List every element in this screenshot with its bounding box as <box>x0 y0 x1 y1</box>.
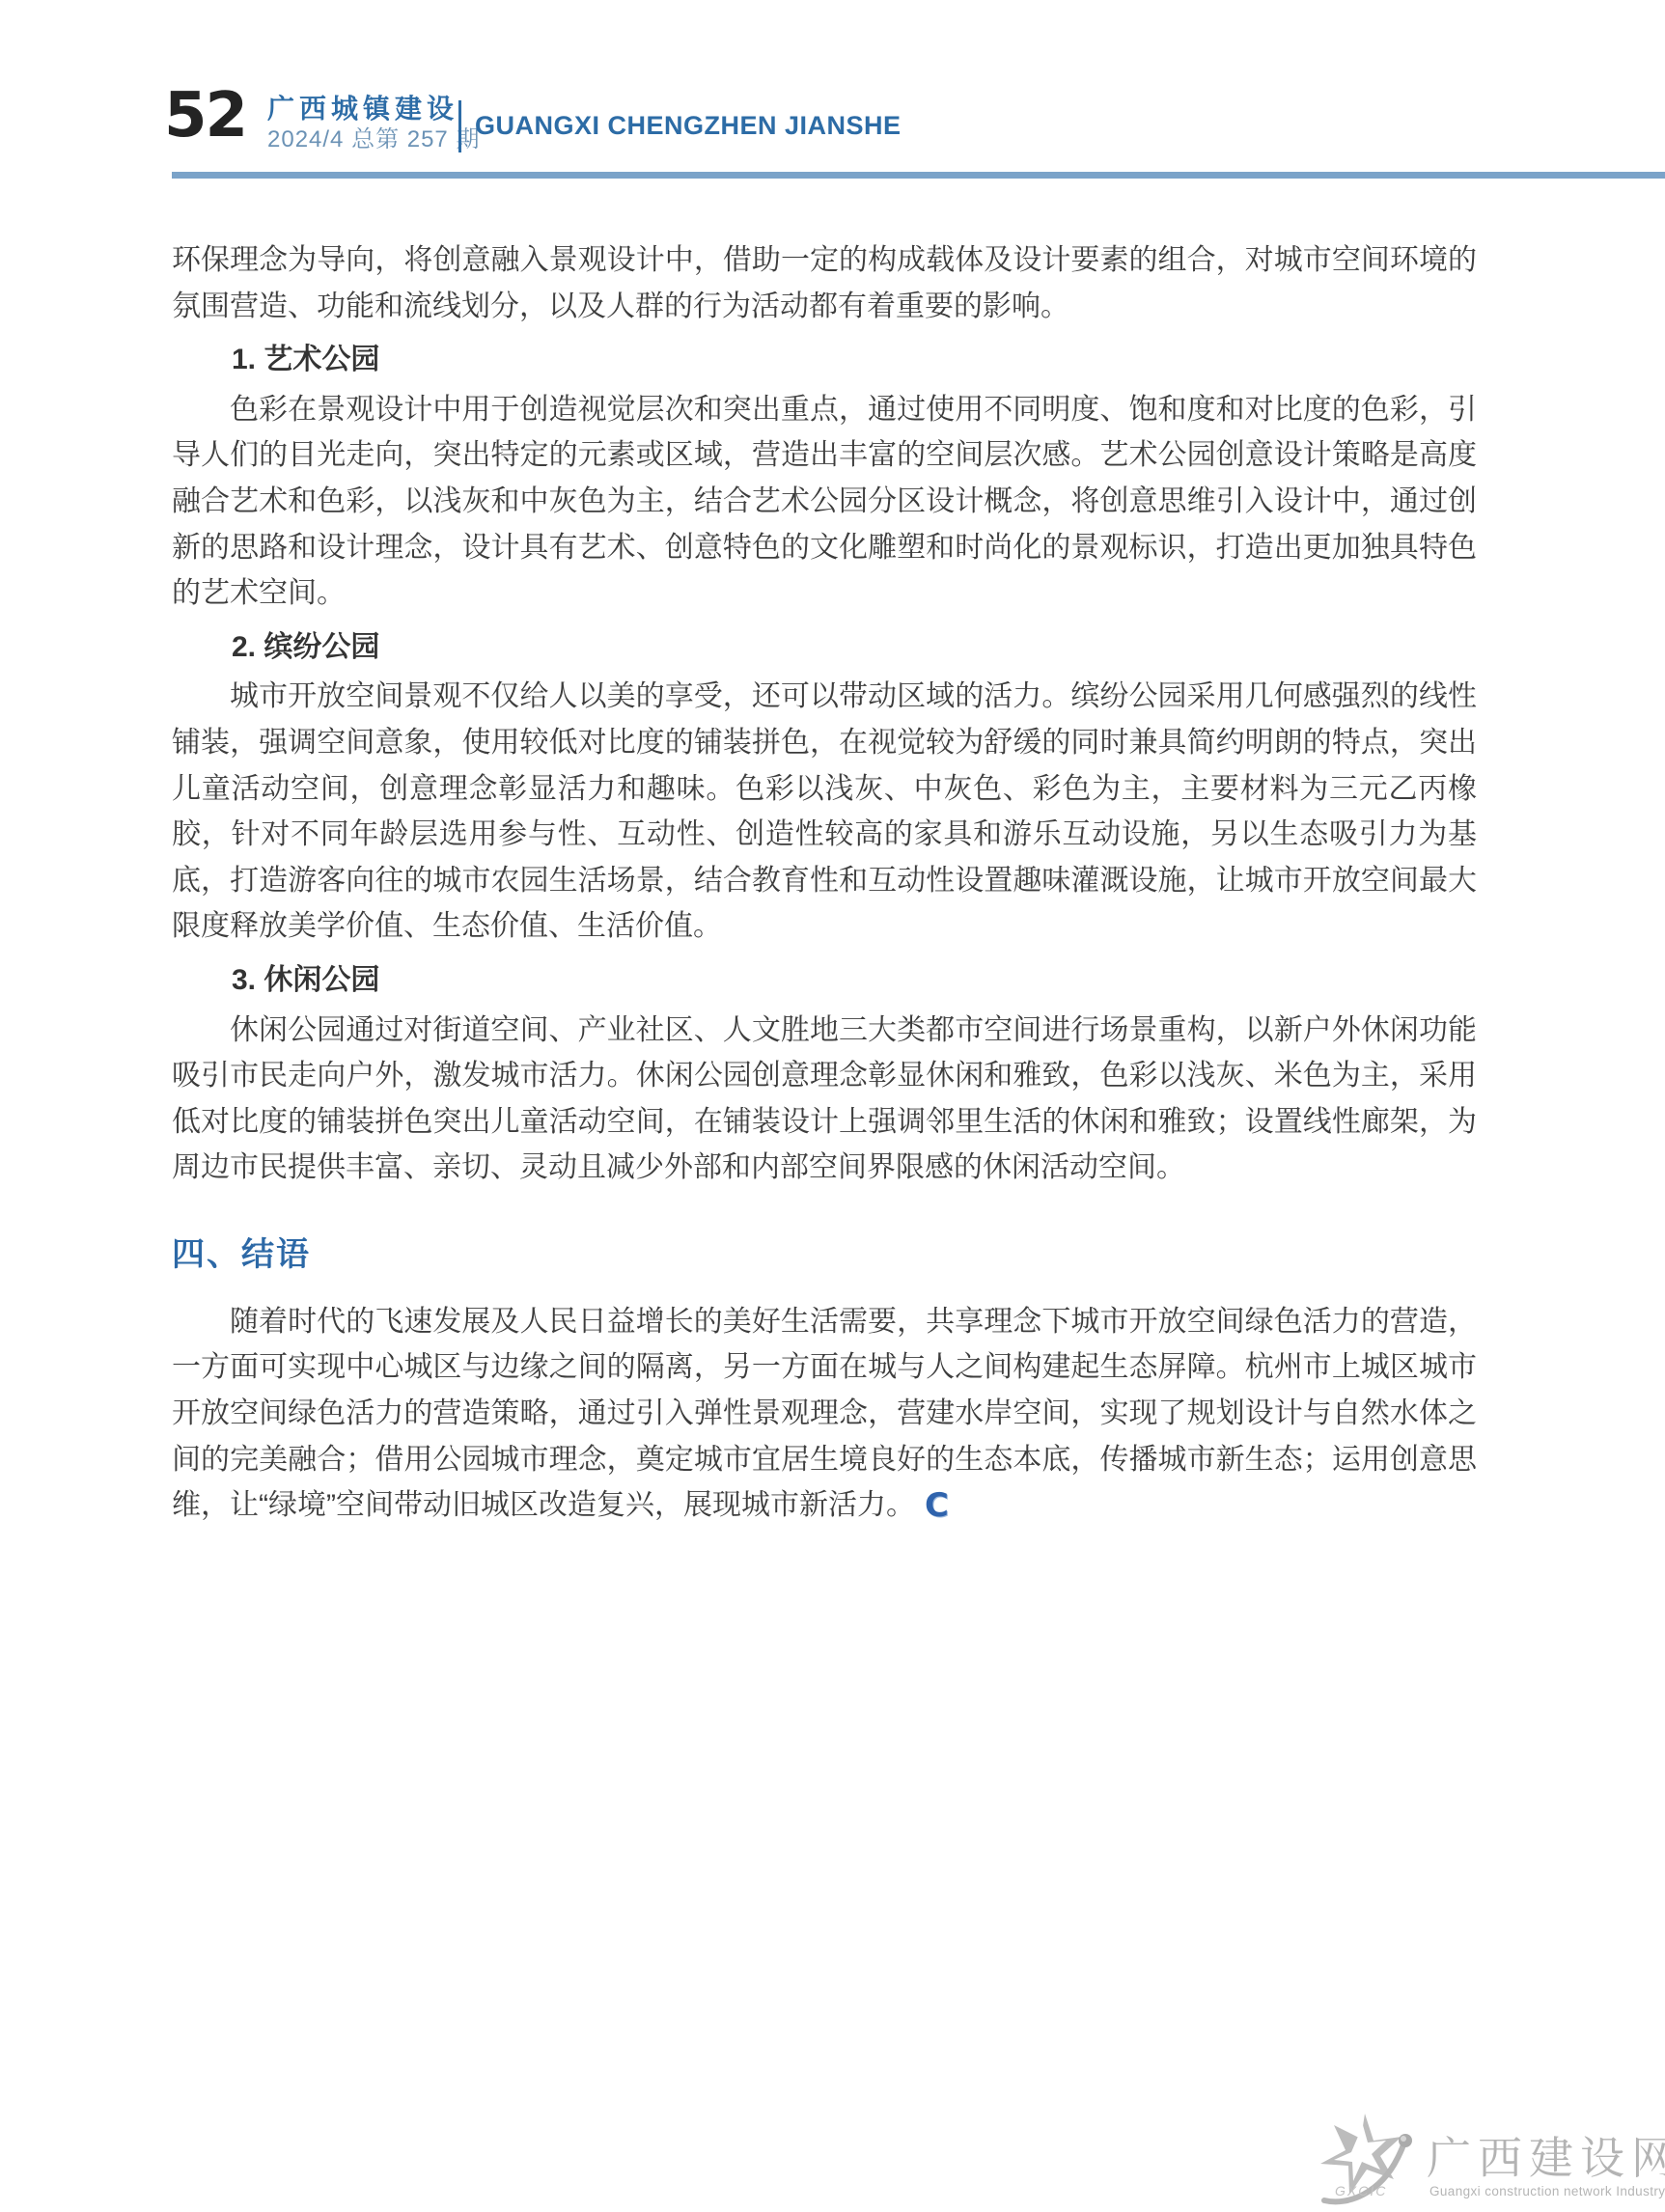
article-end-icon: C <box>925 1491 949 1520</box>
paragraph: 休闲公园通过对街道空间、产业社区、人文胜地三大类都市空间进行场景重构，以新户外休… <box>172 1008 1477 1191</box>
section-heading-conclusion: 四、结语 <box>172 1235 1477 1274</box>
journal-title-en: GUANGXI CHENGZHEN JIANSHE <box>475 110 902 141</box>
watermark-logo-text: GXCIC <box>1335 2183 1387 2198</box>
paragraph-conclusion: 随着时代的飞速发展及人民日益增长的美好生活需要，共享理念下城市开放空间绿色活力的… <box>172 1299 1477 1529</box>
header-rule <box>172 172 1665 179</box>
header-vertical-divider <box>458 100 461 152</box>
paragraph-text: 随着时代的飞速发展及人民日益增长的美好生活需要，共享理念下城市开放空间绿色活力的… <box>172 1306 1477 1521</box>
paragraph: 色彩在景观设计中用于创造视觉层次和突出重点，通过使用不同明度、饱和度和对比度的色… <box>172 387 1477 617</box>
subheading-art-park: 1. 艺术公园 <box>172 337 1477 383</box>
journal-title-cn: 广西城镇建设 <box>267 93 458 125</box>
paragraph-continued: 环保理念为导向，将创意融入景观设计中，借助一定的构成载体及设计要素的组合，对城市… <box>172 237 1477 329</box>
subheading-leisure-park: 3. 休闲公园 <box>172 957 1477 1004</box>
watermark-title-cn: 广西建设网 <box>1427 2133 1665 2183</box>
paragraph: 城市开放空间景观不仅给人以美的享受，还可以带动区域的活力。缤纷公园采用几何感强烈… <box>172 674 1477 950</box>
issue-info: 2024/4 总第 257 期 <box>267 126 480 153</box>
article-body: 环保理念为导向，将创意融入景观设计中，借助一定的构成载体及设计要素的组合，对城市… <box>172 237 1477 1529</box>
page-number: 52 <box>164 85 246 147</box>
journal-page: 52 广西城镇建设 2024/4 总第 257 期 GUANGXI CHENGZ… <box>0 0 1665 2212</box>
watermark-tagline-en: Guangxi construction network Industry Ed… <box>1429 2184 1665 2198</box>
subheading-colorful-park: 2. 缤纷公园 <box>172 624 1477 671</box>
